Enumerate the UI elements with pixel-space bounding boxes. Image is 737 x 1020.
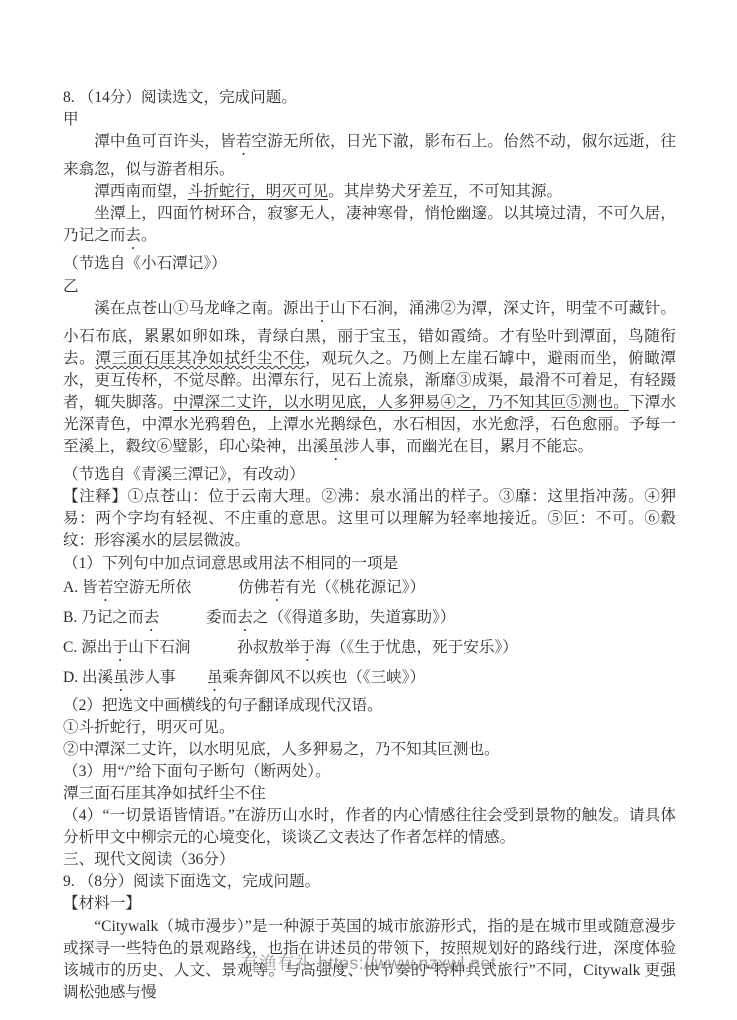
passage-yi-source: （节选自《青溪三潭记》，有改动） bbox=[63, 464, 676, 486]
punctuation-sentence: 潭三面石厓其净如拭纤尘不住 bbox=[63, 783, 676, 805]
sub-question-3: （3）用“/”给下面句子断句（断两处）。 bbox=[63, 761, 676, 783]
annotations: 【注释】①点苍山：位于云南大理。②沸：泉水涌出的样子。③靡：这里指冲荡。④狎易：… bbox=[63, 486, 676, 552]
option-d: D. 出溪虽涉人事 虽乘奔御风不以疾也（《三峡》） bbox=[63, 665, 676, 695]
translation-sentence-2: ②中潭深二丈许，以水明见底，人多狎易之，乃不知其叵测也。 bbox=[63, 739, 676, 761]
question-9-header: 9. （8分）阅读下面选文，完成问题。 bbox=[63, 871, 676, 893]
passage-jia-para-3: 坐潭上，四面竹树环合，寂寥无人，凄神寒骨，悄怆幽邃。以其境过清，不可久居，乃记之… bbox=[63, 203, 676, 253]
sub-question-4: （4）“一切景语皆情语。”在游历山水时，作者的内心情感往往会受到景物的触发。请具… bbox=[63, 805, 676, 849]
passage-yi-label: 乙 bbox=[63, 276, 676, 298]
passage-jia-para-2: 潭西南而望，斗折蛇行，明灭可见。其岸势犬牙差互，不可知其源。 bbox=[63, 181, 676, 203]
page-footer-watermark: 有渔有礼 https://www.nzxwl.net bbox=[0, 950, 737, 975]
option-b: B. 乃记之而去 委而去之（《得道多助，失道寡助》） bbox=[63, 605, 676, 635]
translation-sentence-1: ①斗折蛇行，明灭可见。 bbox=[63, 717, 676, 739]
exam-paper-page: 8. （14分）阅读选文，完成问题。甲潭中鱼可百许头，皆若空游无所依，日光下澈，… bbox=[0, 0, 737, 1020]
option-c: C. 源出于山下石涧 孙叔敖举于海（《生于忧患，死于安乐》） bbox=[63, 635, 676, 665]
passage-jia-para-1: 潭中鱼可百许头，皆若空游无所依，日光下澈，影布石上。佁然不动，俶尔远逝，往来翕忽… bbox=[63, 131, 676, 181]
sub-question-2: （2）把选文中画横线的句子翻译成现代汉语。 bbox=[63, 695, 676, 717]
section-3-header: 三、现代文阅读（36分） bbox=[63, 849, 676, 871]
option-a: A. 皆若空游无所依 仿佛若有光（《桃花源记》） bbox=[63, 575, 676, 605]
material-1-label: 【材料一】 bbox=[63, 893, 676, 915]
document-body: 8. （14分）阅读选文，完成问题。甲潭中鱼可百许头，皆若空游无所依，日光下澈，… bbox=[63, 87, 676, 1004]
passage-jia-label: 甲 bbox=[63, 109, 676, 131]
passage-jia-source: （节选自《小石潭记》） bbox=[63, 253, 676, 275]
sub-question-1: （1）下列句中加点词意思或用法不相同的一项是 bbox=[63, 553, 676, 575]
question-8-header: 8. （14分）阅读选文，完成问题。 bbox=[63, 87, 676, 109]
passage-yi-para-1: 溪在点苍山①马龙峰之南。源出于山下石涧，涌沸②为潭，深丈许，明莹不可藏针。小石布… bbox=[63, 298, 676, 464]
